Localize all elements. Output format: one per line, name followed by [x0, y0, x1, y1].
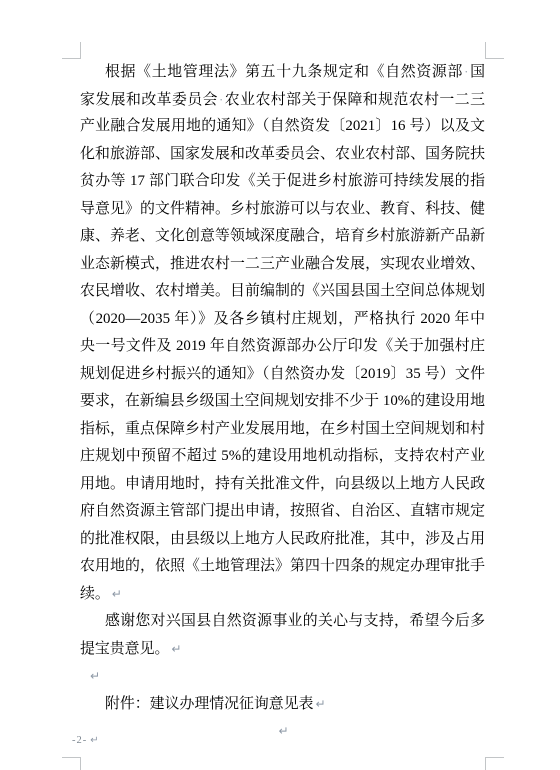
paragraph: 感谢您对兴国县自然资源事业的关心与支持，希望今后多提宝贵意见。↵ — [80, 608, 485, 663]
space-mark: · — [218, 92, 224, 107]
crop-mark-bottom-left — [62, 757, 81, 770]
text-line: 导意见》的文件精神。乡村旅游可以与农业、教育、科技、健 — [80, 196, 485, 224]
text-line: 感谢您对兴国县自然资源事业的关心与支持，希望今后多 — [80, 608, 485, 636]
text-line: 附件：建议办理情况征询意见表↵ — [80, 691, 485, 719]
text-line: 央一号文件及 2019 年自然资源部办公厅印发《关于加强村庄 — [80, 333, 485, 361]
page-number: -2- — [72, 735, 87, 746]
pilcrow-mark: ↵ — [110, 587, 122, 601]
paragraph: 根据《土地管理法》第五十九条规定和《自然资源部·国家发展和改革委员会·农业农村部… — [80, 58, 485, 608]
paragraph: ↵ — [80, 663, 485, 691]
text-line: ↵ — [80, 718, 485, 746]
pilcrow-mark: ↵ — [169, 642, 181, 656]
text-line: （2020—2035 年）》及各乡镇村庄规划，严格执行 2020 年中 — [80, 306, 485, 334]
pilcrow-mark: ↵ — [88, 669, 100, 683]
crop-mark-bottom-right — [485, 757, 504, 770]
text-line: ↵ — [80, 663, 485, 691]
text-line: 要求，在新编县乡级国土空间规划安排不少于 10%的建设用地 — [80, 388, 485, 416]
text-line: 康、养老、文化创意等领域深度融合，培育乡村旅游新产品新 — [80, 223, 485, 251]
paragraph: 附件：建议办理情况征询意见表↵ — [80, 691, 485, 719]
text-line: 业态新模式，推进农村一二三产业融合发展，实现农业增效、 — [80, 251, 485, 279]
paragraph: ↵ — [80, 718, 485, 746]
text-line: 根据《土地管理法》第五十九条规定和《自然资源部·国 — [80, 58, 485, 86]
text-line: 农用地的，依照《土地管理法》第四十四条的规定办理审批手 — [80, 553, 485, 581]
text-line: 用地。申请用地时，持有关批准文件，向县级以上地方人民政 — [80, 471, 485, 499]
text-line: 庄规划中预留不超过 5%的建设用地机动指标，支持农村产业 — [80, 443, 485, 471]
text-line: 贫办等 17 部门联合印发《关于促进乡村旅游可持续发展的指 — [80, 168, 485, 196]
text-line: 产业融合发展用地的通知》（自然资发〔2021〕16 号）以及文 — [80, 113, 485, 141]
pilcrow-mark: ↵ — [313, 697, 325, 711]
text-line: 农民增收、农村增美。目前编制的《兴国县国土空间总体规划 — [80, 278, 485, 306]
text-area: 根据《土地管理法》第五十九条规定和《自然资源部·国家发展和改革委员会·农业农村部… — [80, 58, 485, 746]
space-mark: · — [463, 64, 469, 79]
pilcrow-mark: ↵ — [276, 724, 288, 738]
document-page: 根据《土地管理法》第五十九条规定和《自然资源部·国家发展和改革委员会·农业农村部… — [0, 0, 560, 770]
text-line: 续。↵ — [80, 581, 485, 609]
crop-mark-top-left — [62, 42, 81, 59]
text-line: 提宝贵意见。↵ — [80, 636, 485, 664]
text-line: 规划促进乡村振兴的通知》（自然资办发〔2019〕35 号）文件 — [80, 361, 485, 389]
text-line: 家发展和改革委员会·农业农村部关于保障和规范农村一二三 — [80, 86, 485, 114]
text-line: 府自然资源主管部门提出申请，按照省、自治区、直辖市规定 — [80, 498, 485, 526]
page-footer: -2-↵ — [72, 734, 100, 748]
text-line: 指标，重点保障乡村产业发展用地，在乡村国土空间规划和村 — [80, 416, 485, 444]
crop-mark-top-right — [485, 42, 504, 59]
text-line: 的批准权限，由县级以上地方人民政府批准，其中，涉及占用 — [80, 526, 485, 554]
pilcrow-mark: ↵ — [87, 735, 99, 746]
text-line: 化和旅游部、国家发展和改革委员会、农业农村部、国务院扶 — [80, 141, 485, 169]
